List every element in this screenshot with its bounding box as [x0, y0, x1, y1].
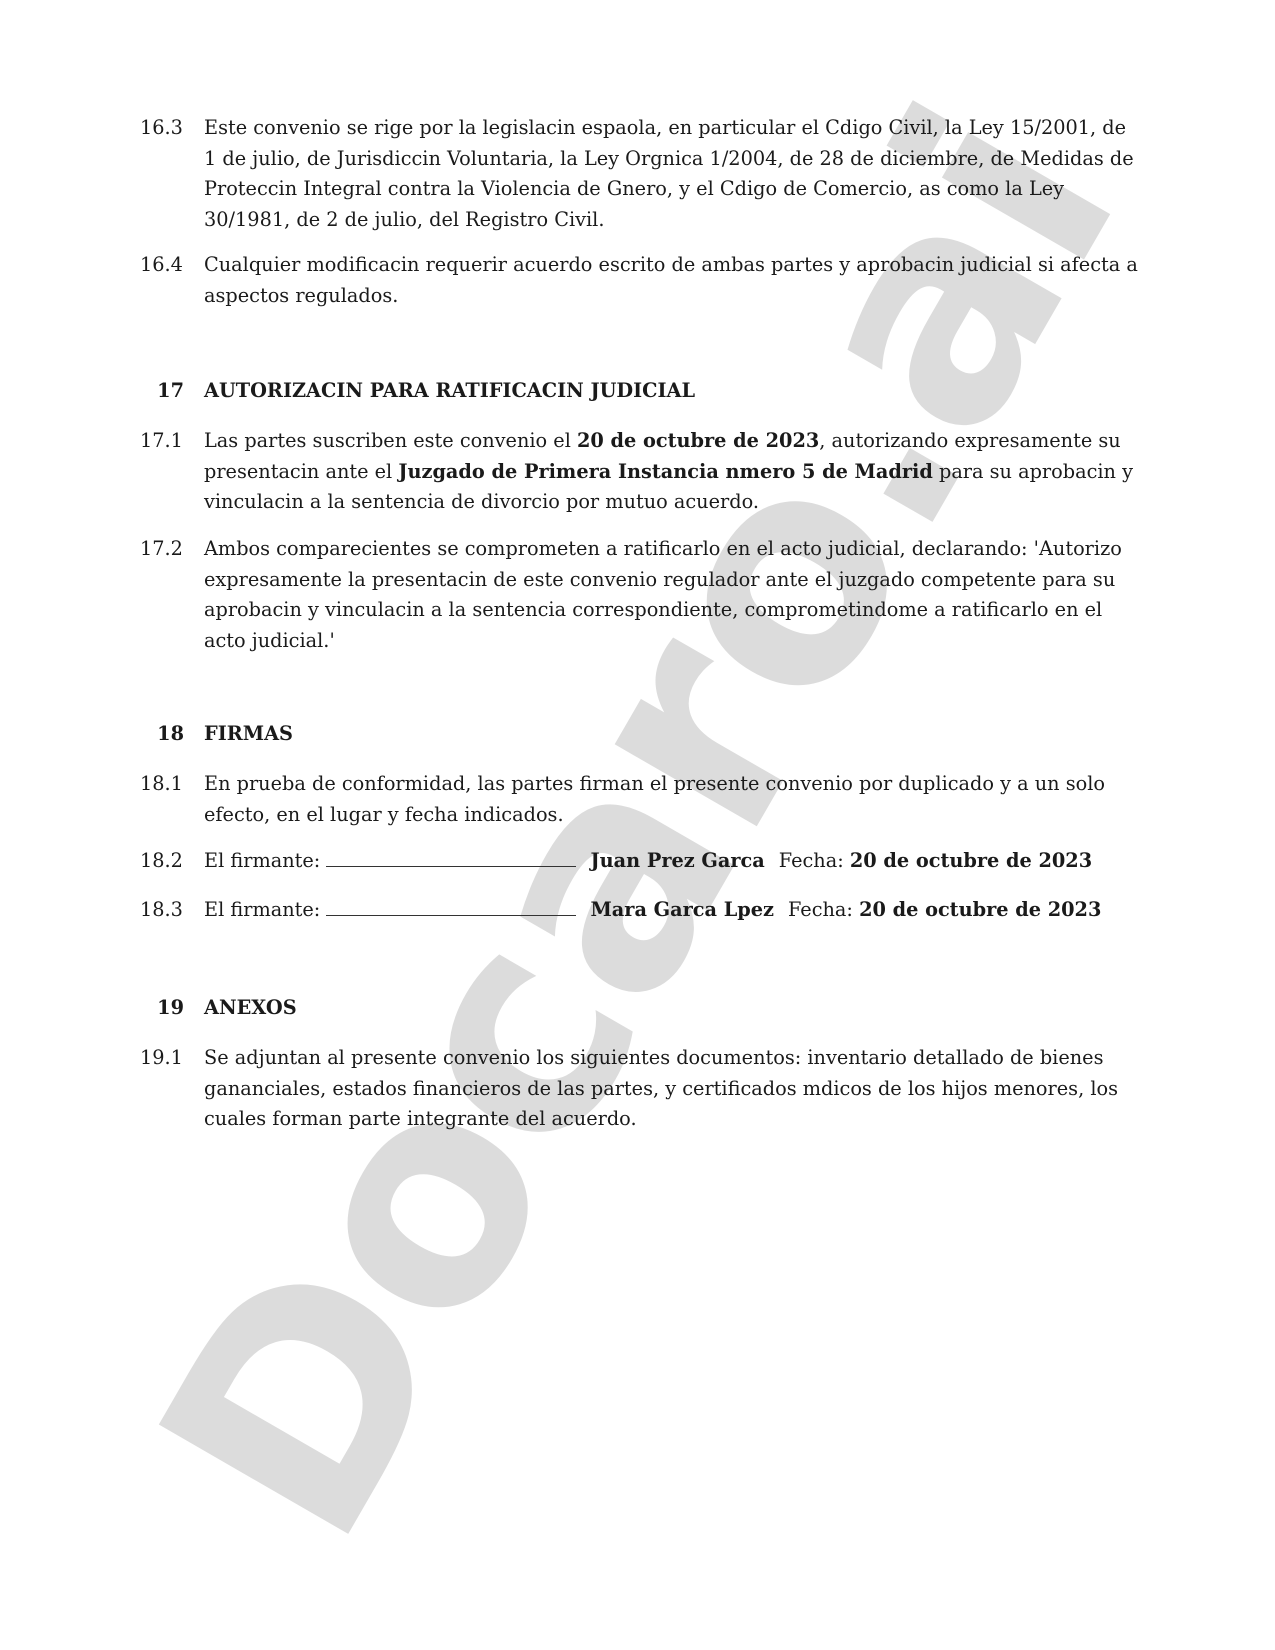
- signer-label: El firmante:: [204, 898, 320, 921]
- clause-17-2: 17.2 Ambos comparecientes se comprometen…: [140, 534, 1140, 656]
- clause-text: Ambos comparecientes se comprometen a ra…: [204, 534, 1140, 656]
- section-heading-19: 19 ANEXOS: [140, 993, 1140, 1024]
- clause-number: 16.3: [140, 113, 204, 235]
- clause-number: 17.2: [140, 534, 204, 656]
- section-number: 18: [140, 719, 204, 750]
- section-number: 19: [140, 993, 204, 1024]
- section-title: AUTORIZACIN PARA RATIFICACIN JUDICIAL: [204, 376, 1140, 407]
- clause-text: En prueba de conformidad, las partes fir…: [204, 769, 1140, 830]
- clause-text: Se adjuntan al presente convenio los sig…: [204, 1043, 1140, 1135]
- clause-number: 17.1: [140, 426, 204, 518]
- date-label: Fecha:: [779, 849, 844, 872]
- clause-text: Las partes suscriben este convenio el 20…: [204, 426, 1140, 518]
- clause-16-3: 16.3 Este convenio se rige por la legisl…: [140, 113, 1140, 235]
- date-label: Fecha:: [788, 898, 853, 921]
- clause-19-1: 19.1 Se adjuntan al presente convenio lo…: [140, 1043, 1140, 1135]
- signature-blank: [326, 848, 576, 867]
- clause-text-part: Las partes suscriben este convenio el: [204, 429, 577, 452]
- clause-number: 16.4: [140, 250, 204, 311]
- section-heading-18: 18 FIRMAS: [140, 719, 1140, 750]
- signing-date: 20 de octubre de 2023: [577, 429, 819, 452]
- signature-date: 20 de octubre de 2023: [859, 898, 1101, 921]
- signature-date: 20 de octubre de 2023: [850, 849, 1092, 872]
- signer-name: Juan Prez Garca: [590, 849, 764, 872]
- clause-18-1: 18.1 En prueba de conformidad, las parte…: [140, 769, 1140, 830]
- section-title: FIRMAS: [204, 719, 1140, 750]
- clause-text: Cualquier modificacin requerir acuerdo e…: [204, 250, 1140, 311]
- clause-text: Este convenio se rige por la legislacin …: [204, 113, 1140, 235]
- clause-16-4: 16.4 Cualquier modificacin requerir acue…: [140, 250, 1140, 311]
- section-number: 17: [140, 376, 204, 407]
- clause-number: 19.1: [140, 1043, 204, 1135]
- signer-name: Mara Garca Lpez: [590, 898, 774, 921]
- section-title: ANEXOS: [204, 993, 1140, 1024]
- clause-number: 18.3: [140, 895, 204, 926]
- section-heading-17: 17 AUTORIZACIN PARA RATIFICACIN JUDICIAL: [140, 376, 1140, 407]
- clause-17-1: 17.1 Las partes suscriben este convenio …: [140, 426, 1140, 518]
- signer-label: El firmante:: [204, 849, 320, 872]
- clause-number: 18.1: [140, 769, 204, 830]
- court-name: Juzgado de Primera Instancia nmero 5 de …: [398, 460, 932, 483]
- signature-line-2: 18.3 El firmante: Mara Garca LpezFecha: …: [140, 895, 1140, 926]
- signature-blank: [326, 897, 576, 916]
- signature-line-1: 18.2 El firmante: Juan Prez GarcaFecha: …: [140, 846, 1140, 877]
- clause-number: 18.2: [140, 846, 204, 877]
